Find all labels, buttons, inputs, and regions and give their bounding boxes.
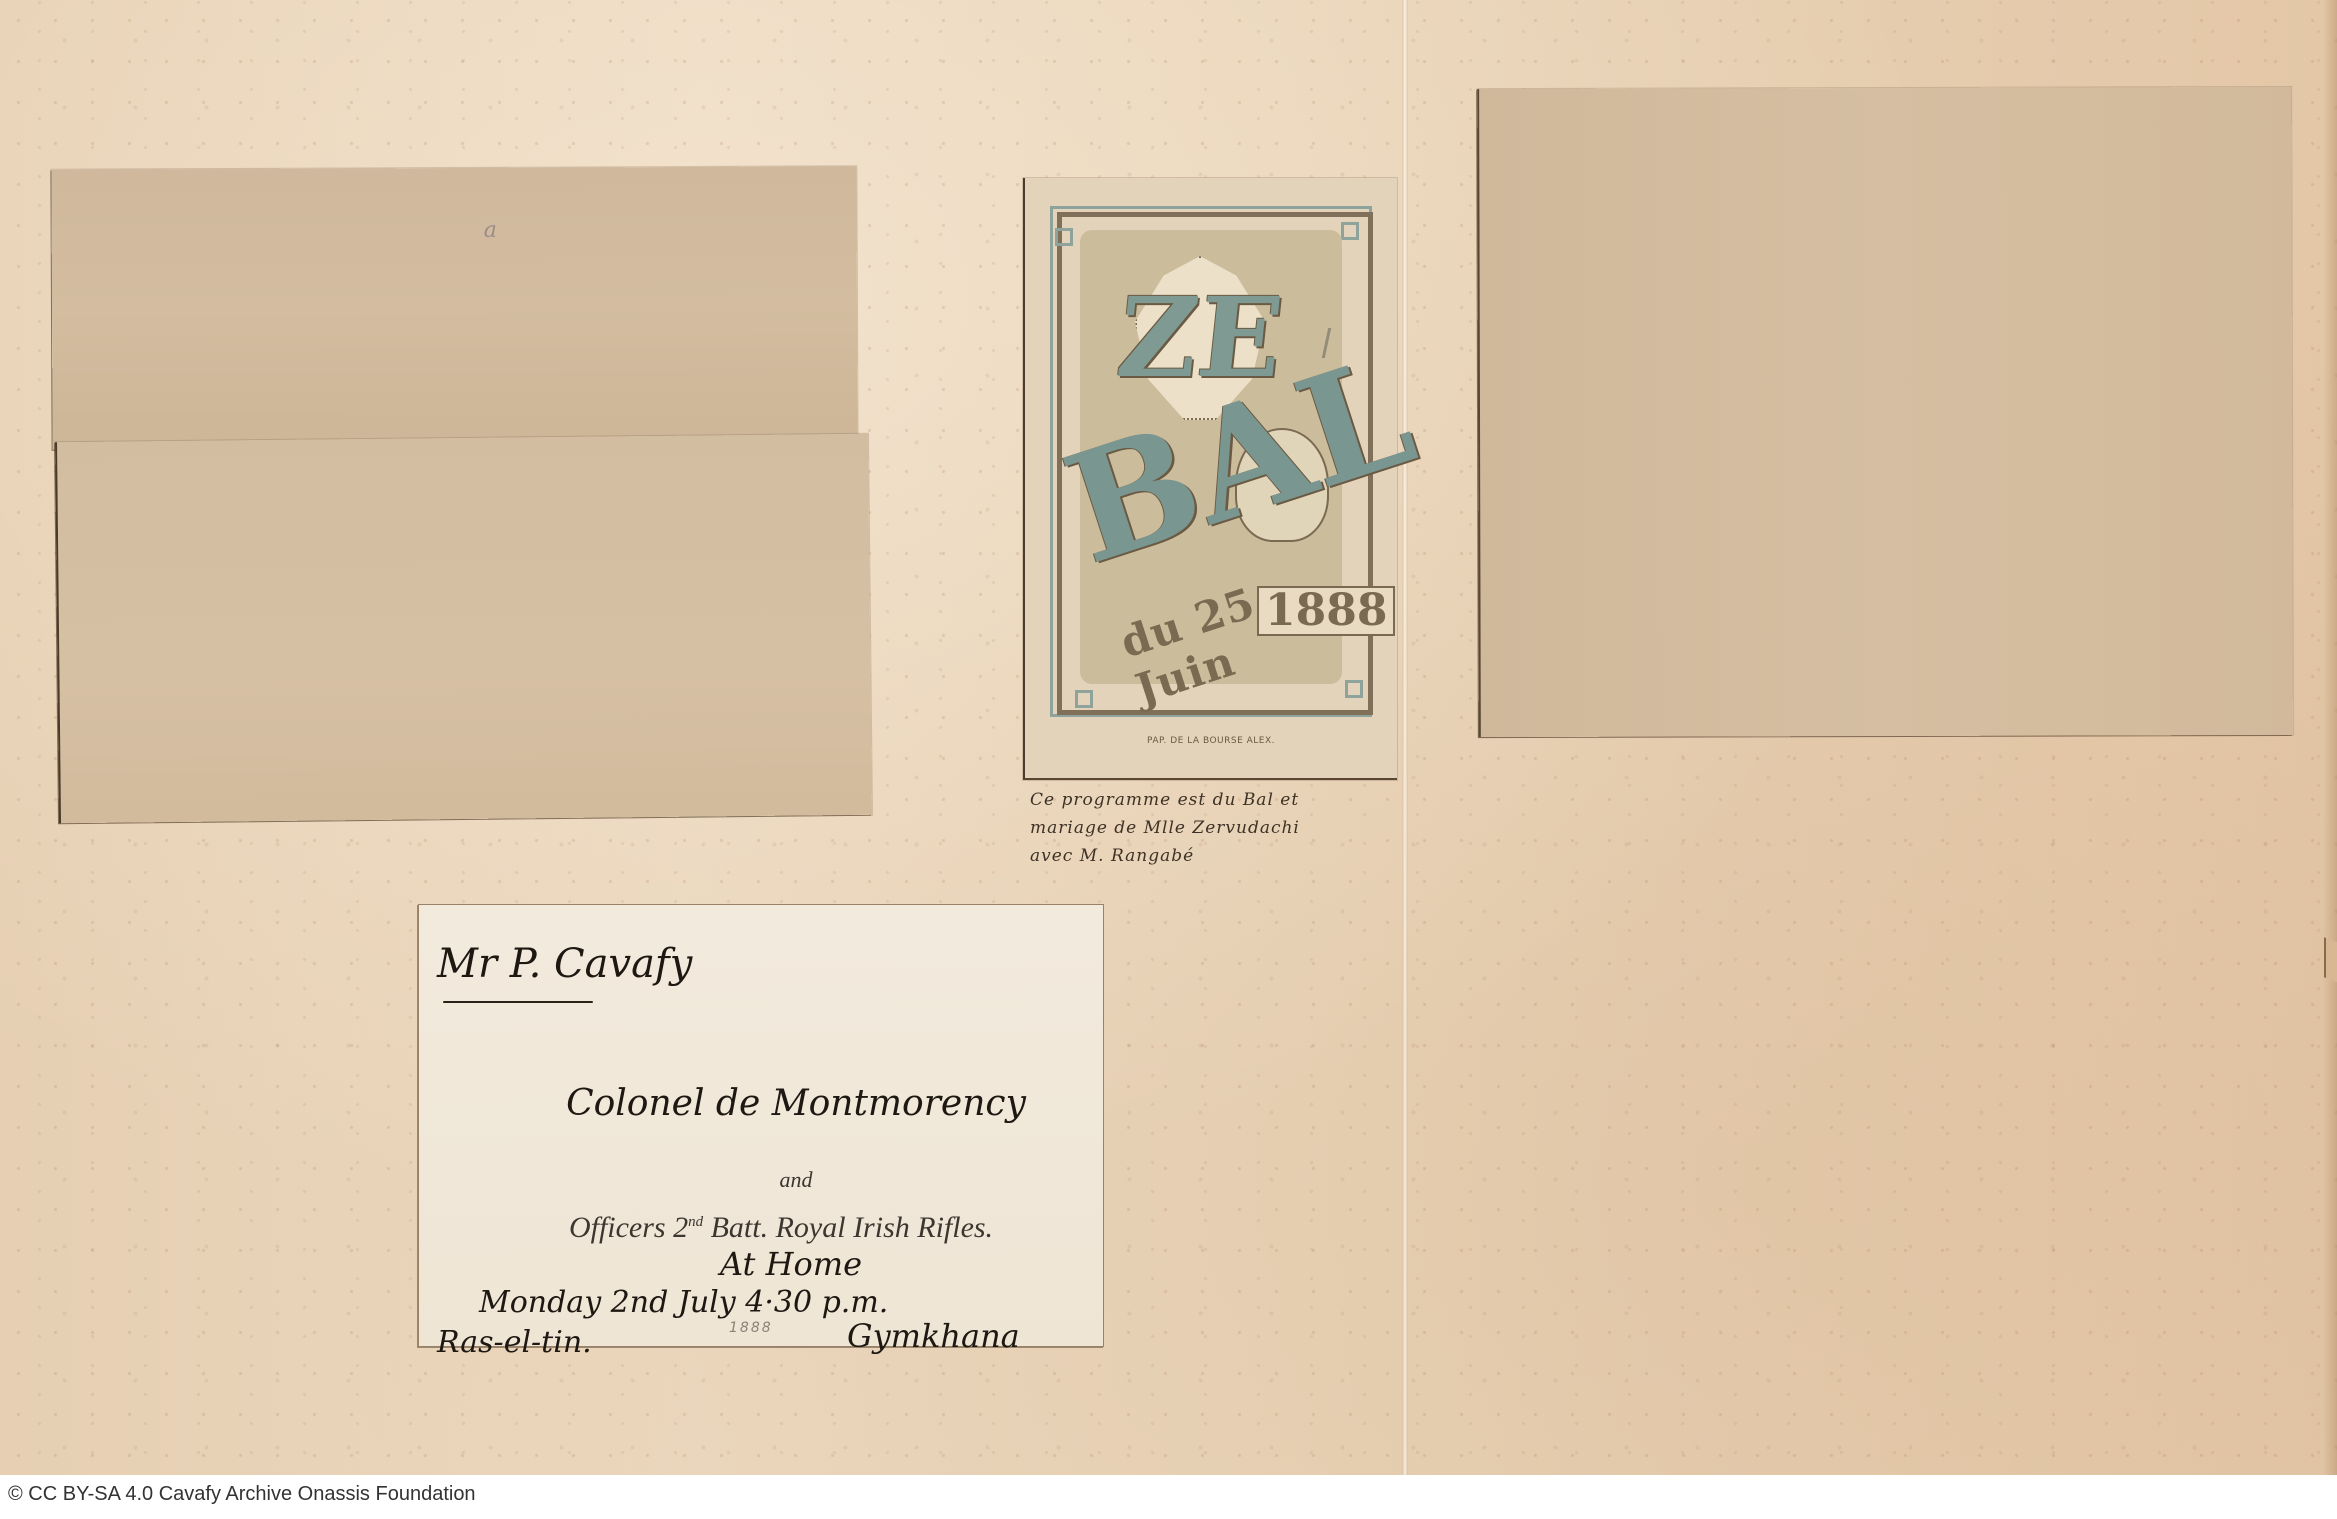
note-line: Ce programme est du Bal et	[1030, 786, 1430, 814]
host-name: Colonel de Montmorency	[419, 1083, 1103, 1124]
addressee: Mr P. Cavafy	[437, 941, 692, 987]
torn-page-tab	[2324, 937, 2337, 982]
venue: Gymkhana	[847, 1317, 1020, 1355]
envelope-top-left: a	[51, 166, 857, 450]
copyright-credit: © CC BY-SA 4.0 Cavafy Archive Onassis Fo…	[8, 1483, 476, 1506]
note-line: mariage de Mlle Zervudachi	[1030, 814, 1430, 842]
printer-imprint: PAP. DE LA BOURSE ALEX.	[1025, 736, 1397, 746]
event-name: At Home	[419, 1245, 1103, 1283]
note-line: avec M. Rangabé	[1030, 842, 1430, 870]
page-seam	[1402, 0, 1408, 1475]
corner-ornament	[1345, 680, 1363, 698]
rsvp-location: Ras-el-tin.	[437, 1325, 592, 1360]
ball-programme-card: ZE BAL du 25 Juin 1888 PAP. DE LA BOURSE…	[1023, 178, 1397, 780]
year-annotation: 1888	[729, 1320, 773, 1336]
envelope-bottom-left	[55, 434, 872, 823]
envelope-right	[1477, 87, 2293, 737]
invitation-card: Mr P. Cavafy Colonel de Montmorency and …	[418, 904, 1104, 1347]
corner-ornament	[1075, 690, 1093, 708]
corner-ornament	[1055, 228, 1073, 246]
page-edge-shadow	[2323, 0, 2337, 1475]
officers-line: Officers 2nd Batt. Royal Irish Rifles.	[419, 1211, 1103, 1245]
underline	[443, 1001, 593, 1003]
handwritten-note: Ce programme est du Bal et mariage de Ml…	[1030, 786, 1430, 870]
corner-ornament	[1341, 222, 1359, 240]
pencil-mark: a	[484, 218, 497, 243]
album-spread: a ZE BAL du 25 Juin 1888 PAP. DE LA BOUR…	[0, 0, 2337, 1475]
event-date-time: Monday 2nd July 4·30 p.m.	[479, 1285, 888, 1320]
programme-year: 1888	[1257, 586, 1395, 636]
footer: © CC BY-SA 4.0 Cavafy Archive Onassis Fo…	[0, 1475, 2337, 1519]
conjunction: and	[419, 1167, 1103, 1193]
